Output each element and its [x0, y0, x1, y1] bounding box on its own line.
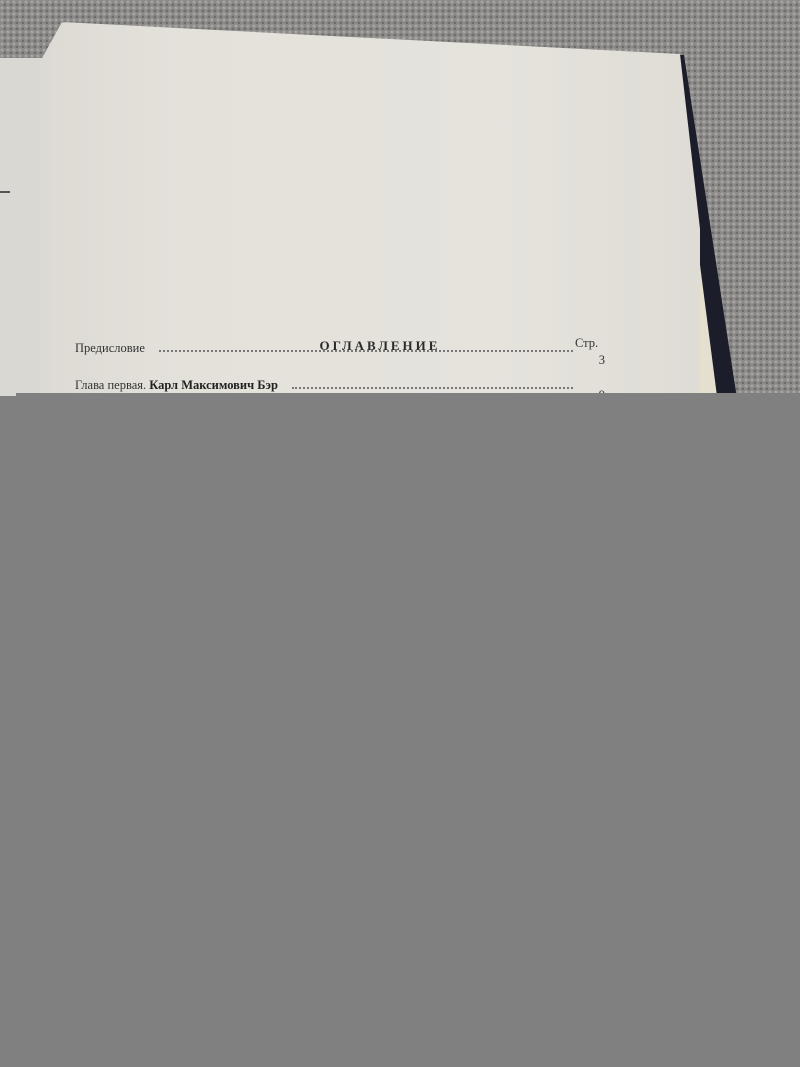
redaction-block [0, 396, 800, 1067]
toc-entry-label: Предисловие [75, 341, 145, 356]
left-page-mark [0, 191, 10, 193]
toc-entry: Предисловие 3 [75, 341, 605, 356]
chapter-prefix: Глава первая. [75, 378, 146, 392]
toc-entry-page: 3 [579, 353, 605, 368]
dot-leader [292, 387, 573, 389]
chapter-title: Карл Максимович Бэр [149, 378, 278, 392]
dot-leader [159, 350, 573, 352]
toc-entry: Глава первая. Карл Максимович Бэр 9 [75, 378, 605, 393]
toc-entry-label: Глава первая. Карл Максимович Бэр [75, 378, 278, 393]
